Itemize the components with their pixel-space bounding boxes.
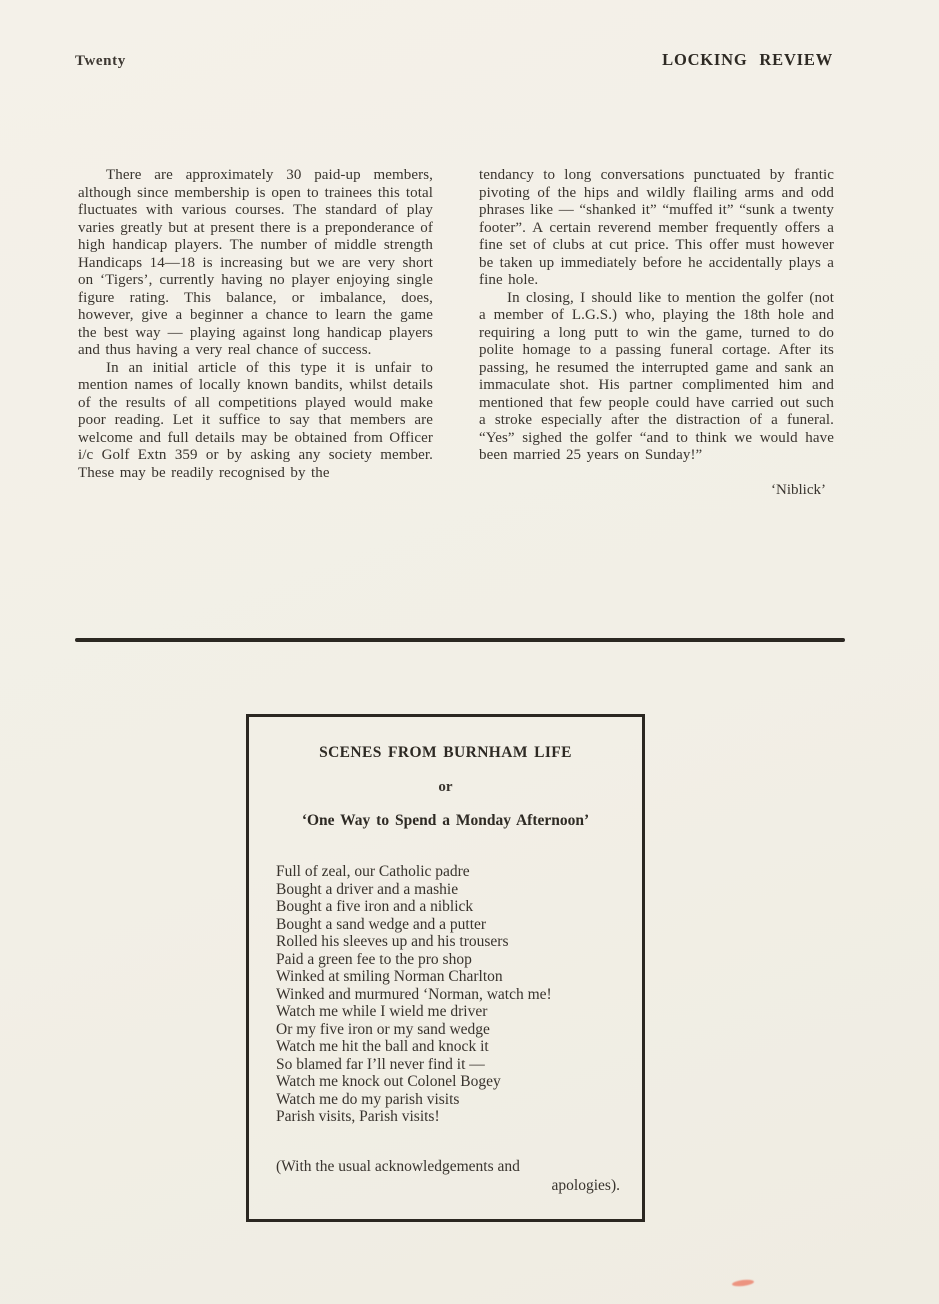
article-left-column: There are approximately 30 paid-up membe…: [78, 167, 433, 499]
acknowledgement: (With the usual acknowledgements and apo…: [249, 1157, 642, 1195]
ink-smudge-mark: [732, 1279, 755, 1288]
poem-verse: Full of zeal, our Catholic padreBought a…: [249, 863, 642, 1126]
poem-line: Winked at smiling Norman Charlton: [276, 968, 642, 986]
page-header: Twenty LOCKING REVIEW: [75, 50, 833, 70]
left-paragraph-1: There are approximately 30 paid-up membe…: [78, 167, 433, 360]
right-paragraph-2: In closing, I should like to mention the…: [479, 290, 834, 465]
poem-line: Rolled his sleeves up and his trousers: [276, 933, 642, 951]
poem-line: Watch me hit the ball and knock it: [276, 1038, 642, 1056]
poem-line: Watch me do my parish visits: [276, 1091, 642, 1109]
poem-line: Bought a five iron and a niblick: [276, 898, 642, 916]
masthead-title: LOCKING REVIEW: [662, 50, 833, 70]
article-right-column: tendancy to long conversations punctuate…: [479, 167, 834, 499]
poem-line: Bought a sand wedge and a putter: [276, 916, 642, 934]
author-signature: ‘Niblick’: [479, 482, 834, 499]
poem-line: Bought a driver and a mashie: [276, 881, 642, 899]
poem-line: Parish visits, Parish visits!: [276, 1108, 642, 1126]
acknowledgement-line-1: (With the usual acknowledgements and: [276, 1157, 620, 1176]
poem-line: Full of zeal, our Catholic padre: [276, 863, 642, 881]
poem-title: SCENES FROM BURNHAM LIFE: [249, 744, 642, 762]
poem-box: SCENES FROM BURNHAM LIFE or ‘One Way to …: [246, 714, 645, 1222]
poem-line: Or my five iron or my sand wedge: [276, 1021, 642, 1039]
poem-subtitle: ‘One Way to Spend a Monday Afternoon’: [249, 812, 642, 830]
poem-line: Watch me while I wield me driver: [276, 1003, 642, 1021]
poem-line: Watch me knock out Colonel Bogey: [276, 1073, 642, 1091]
poem-line: So blamed far I’ll never find it —: [276, 1056, 642, 1074]
magazine-page: Twenty LOCKING REVIEW There are approxim…: [0, 0, 939, 1304]
left-paragraph-2: In an initial article of this type it is…: [78, 360, 433, 483]
acknowledgement-line-2: apologies).: [276, 1176, 620, 1195]
page-number: Twenty: [75, 53, 126, 70]
section-divider-rule: [75, 638, 845, 642]
article-body: There are approximately 30 paid-up membe…: [78, 167, 834, 499]
poem-line: Paid a green fee to the pro shop: [276, 951, 642, 969]
poem-line: Winked and murmured ‘Norman, watch me!: [276, 986, 642, 1004]
right-paragraph-1: tendancy to long conversations punctuate…: [479, 167, 834, 290]
poem-conjunction: or: [249, 779, 642, 796]
